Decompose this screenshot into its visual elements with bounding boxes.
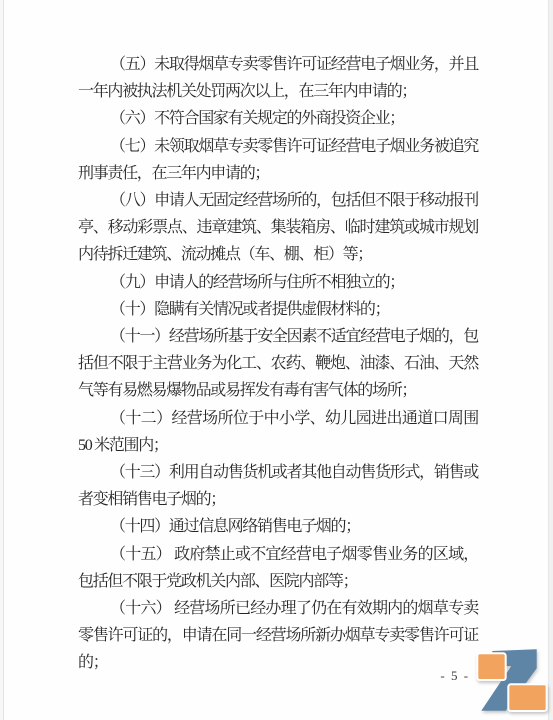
scan-edge-left (3, 0, 4, 720)
logo-square-bottom-right (508, 684, 546, 711)
document-page: （五）未取得烟草专卖零售许可证经营电子烟业务，并且一年内被执法机关处罚两次以上，… (0, 0, 553, 720)
paragraph-item-12: （十二）经营场所位于中小学、幼儿园进出通道口周围 50 米范围内； (78, 405, 478, 459)
z-logo-icon (474, 645, 553, 715)
brand-logo (474, 645, 553, 715)
paragraph-item-10: （十）隐瞒有关情况或者提供虚假材料的； (78, 296, 478, 323)
paragraph-item-11: （十一）经营场所基于安全因素不适宜经营电子烟的，包括但不限于主营业务为化工、农药… (78, 323, 478, 405)
paragraph-item-8: （八）申请人无固定经营场所的，包括但不限于移动报刊亭、移动彩票点、违章建筑、集装… (78, 187, 478, 269)
paragraph-item-15: （十五） 政府禁止或不宜经营电子烟零售业务的区域，包括但不限于党政机关内部、医院… (78, 541, 478, 595)
scan-edge-right (548, 0, 553, 720)
paragraph-item-16: （十六） 经营场所已经办理了仍在有效期内的烟草专卖零售许可证的，申请在同一经营场… (78, 595, 478, 677)
paragraph-item-6: （六）不符合国家有关规定的外商投资企业； (78, 105, 478, 132)
page-number: - 5 - (433, 668, 477, 684)
paragraph-item-7: （七）未领取烟草专卖零售许可证经营电子烟业务被追究刑事责任，在三年内申请的； (78, 133, 478, 187)
paragraph-item-5: （五）未取得烟草专卖零售许可证经营电子烟业务，并且一年内被执法机关处罚两次以上，… (78, 51, 478, 105)
paragraph-item-9: （九）申请人的经营场所与住所不相独立的； (78, 269, 478, 296)
logo-square-top-left (477, 653, 505, 680)
paragraph-item-14: （十四）通过信息网络销售电子烟的； (78, 513, 478, 540)
paragraph-item-13: （十三）利用自动售货机或者其他自动售货形式，销售或者变相销售电子烟的； (78, 459, 478, 513)
document-body: （五）未取得烟草专卖零售许可证经营电子烟业务，并且一年内被执法机关处罚两次以上，… (78, 51, 478, 677)
